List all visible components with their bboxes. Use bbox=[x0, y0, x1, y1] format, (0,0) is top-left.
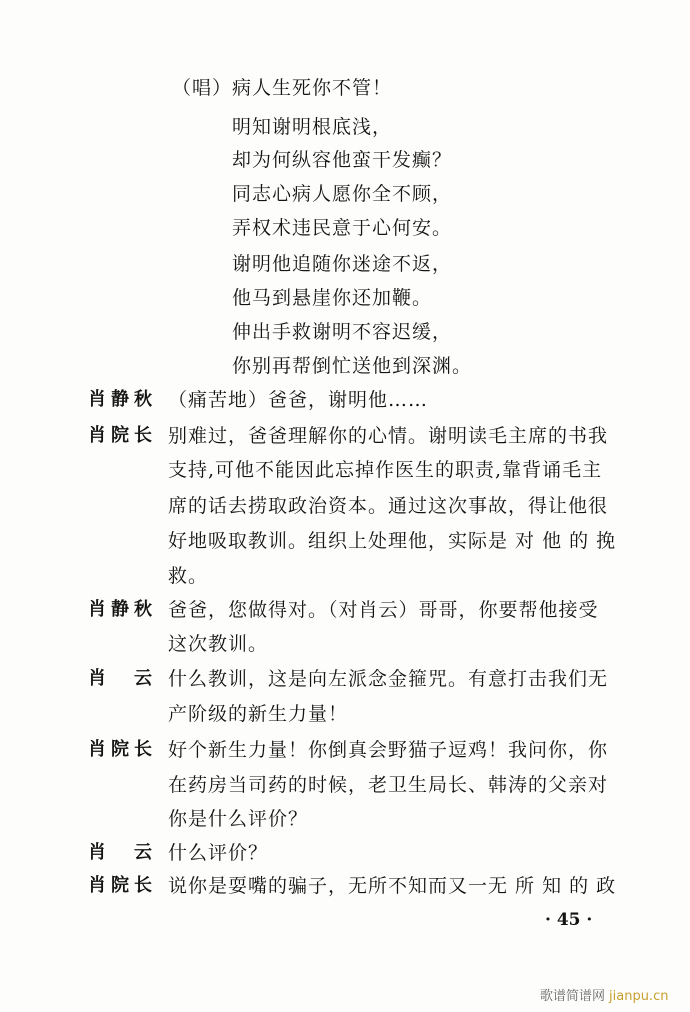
watermark-site: 歌谱简谱网 bbox=[540, 989, 605, 1004]
song-line: 同志心病人愿你全不顾， bbox=[232, 182, 452, 206]
watermark-url: jianpu.cn bbox=[609, 989, 668, 1004]
song-line: 伸出手救谢明不容迟缓， bbox=[232, 320, 452, 344]
dialogue-line: 救。 bbox=[168, 564, 208, 588]
dialogue-line: 席的话去捞取政治资本。通过这次事故，得让他很 bbox=[168, 494, 608, 518]
song-line: 却为何纵容他蛮干发癫？ bbox=[232, 148, 452, 172]
dialogue-line: 爸爸，您做得对。（对肖云）哥哥，你要帮他接受 bbox=[168, 598, 599, 622]
dialogue-line: 在药房当司药的时候，老卫生局长、韩涛的父亲对 bbox=[168, 773, 608, 797]
song-line: （唱）病人生死你不管！ bbox=[172, 76, 392, 100]
dialogue-line: 产阶级的新生力量！ bbox=[168, 702, 348, 726]
dialogue-line: 支持,可他不能因此忘掉作医生的职责,靠背诵毛主 bbox=[168, 458, 602, 482]
dialogue-line: 什么教训，这是向左派念金箍咒。有意打击我们无 bbox=[168, 667, 608, 691]
dialogue-line: 好个新生力量！你倒真会野猫子逗鸡！我问你，你 bbox=[168, 738, 608, 762]
speaker-name: 肖静秋 bbox=[88, 388, 152, 412]
song-line: 弄权术违民意于心何安。 bbox=[232, 216, 452, 240]
dialogue-line: 别难过，爸爸理解你的心情。谢明读毛主席的书我 bbox=[168, 424, 608, 448]
speaker-name: 肖院长 bbox=[88, 424, 152, 448]
song-line: 谢明他追随你迷途不返， bbox=[232, 252, 452, 276]
dialogue-line: 什么评价？ bbox=[168, 841, 268, 865]
song-line: 你别再帮倒忙送他到深渊。 bbox=[232, 354, 472, 378]
page-number: · 45 · bbox=[545, 910, 592, 930]
stage-direction-sing: （唱） bbox=[172, 77, 232, 99]
dialogue-line: 说你是耍嘴的骗子，无所不知而又一无 所 知 的 政 bbox=[168, 874, 616, 898]
speaker-name: 肖云 bbox=[88, 841, 152, 865]
speaker-name: 肖云 bbox=[88, 667, 152, 691]
speaker-name: 肖院长 bbox=[88, 738, 152, 762]
song-line: 明知谢明根底浅， bbox=[232, 115, 392, 139]
dialogue-line: 好地吸取教训。组织上处理他，实际是 对 他 的 挽 bbox=[168, 529, 616, 553]
song-line: 他马到悬崖你还加鞭。 bbox=[232, 286, 432, 310]
dialogue-line: 你是什么评价？ bbox=[168, 807, 308, 831]
watermark: 歌谱简谱网jianpu.cn bbox=[540, 985, 668, 1004]
dialogue-line: （痛苦地）爸爸，谢明他…… bbox=[168, 388, 428, 412]
dialogue-line: 这次教训。 bbox=[168, 632, 268, 656]
speaker-name: 肖静秋 bbox=[88, 598, 152, 622]
speaker-name: 肖院长 bbox=[88, 874, 152, 898]
